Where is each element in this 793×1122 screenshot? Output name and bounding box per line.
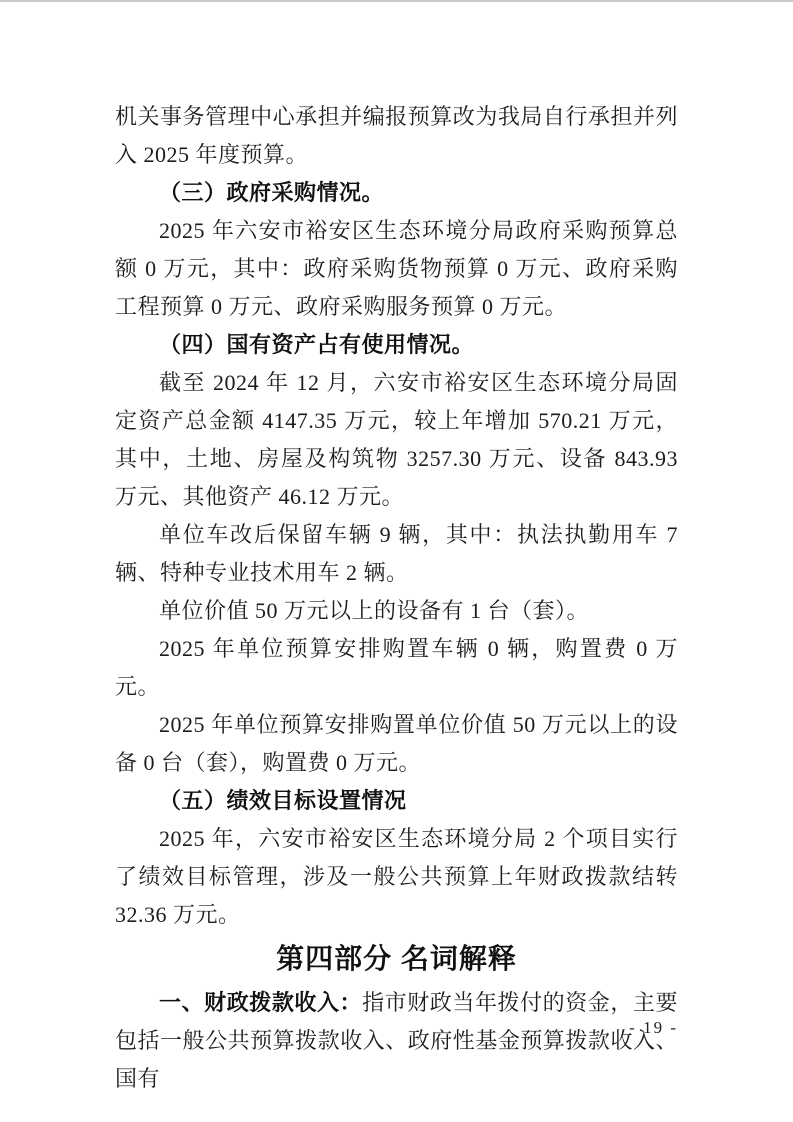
section-heading-government-procurement: （三）政府采购情况。 <box>115 174 678 212</box>
paragraph-fixed-assets: 截至 2024 年 12 月，六安市裕安区生态环境分局固定资产总金额 4147.… <box>115 364 678 516</box>
paragraph-performance-management: 2025 年，六安市裕安区生态环境分局 2 个项目实行了绩效目标管理，涉及一般公… <box>115 820 678 934</box>
glossary-entry-fiscal-appropriation-income: 一、财政拨款收入：指市财政当年拨付的资金，主要包括一般公共预算拨款收入、政府性基… <box>115 984 678 1098</box>
page-number: - 19 - <box>629 1016 678 1040</box>
paragraph-equipment-purchase-plan: 2025 年单位预算安排购置单位价值 50 万元以上的设备 0 台（套），购置费… <box>115 706 678 782</box>
section-heading-state-assets: （四）国有资产占有使用情况。 <box>115 326 678 364</box>
document-page: 机关事务管理中心承担并编报预算改为我局自行承担并列入 2025 年度预算。 （三… <box>0 0 793 1122</box>
part-four-heading: 第四部分 名词解释 <box>115 934 678 984</box>
section-heading-performance-targets: （五）绩效目标设置情况 <box>115 782 678 820</box>
paragraph-vehicles-retained: 单位车改后保留车辆 9 辆，其中：执法执勤用车 7 辆、特种专业技术用车 2 辆… <box>115 516 678 592</box>
paragraph-equipment-over-500k: 单位价值 50 万元以上的设备有 1 台（套）。 <box>115 592 678 630</box>
paragraph-procurement-budget: 2025 年六安市裕安区生态环境分局政府采购预算总额 0 万元，其中：政府采购货… <box>115 212 678 326</box>
glossary-term-label: 一、财政拨款收入： <box>159 990 362 1015</box>
paragraph-vehicle-purchase-plan: 2025 年单位预算安排购置车辆 0 辆，购置费 0 万元。 <box>115 630 678 706</box>
continuation-paragraph: 机关事务管理中心承担并编报预算改为我局自行承担并列入 2025 年度预算。 <box>115 98 678 174</box>
text-block: 机关事务管理中心承担并编报预算改为我局自行承担并列入 2025 年度预算。 （三… <box>115 98 678 1098</box>
